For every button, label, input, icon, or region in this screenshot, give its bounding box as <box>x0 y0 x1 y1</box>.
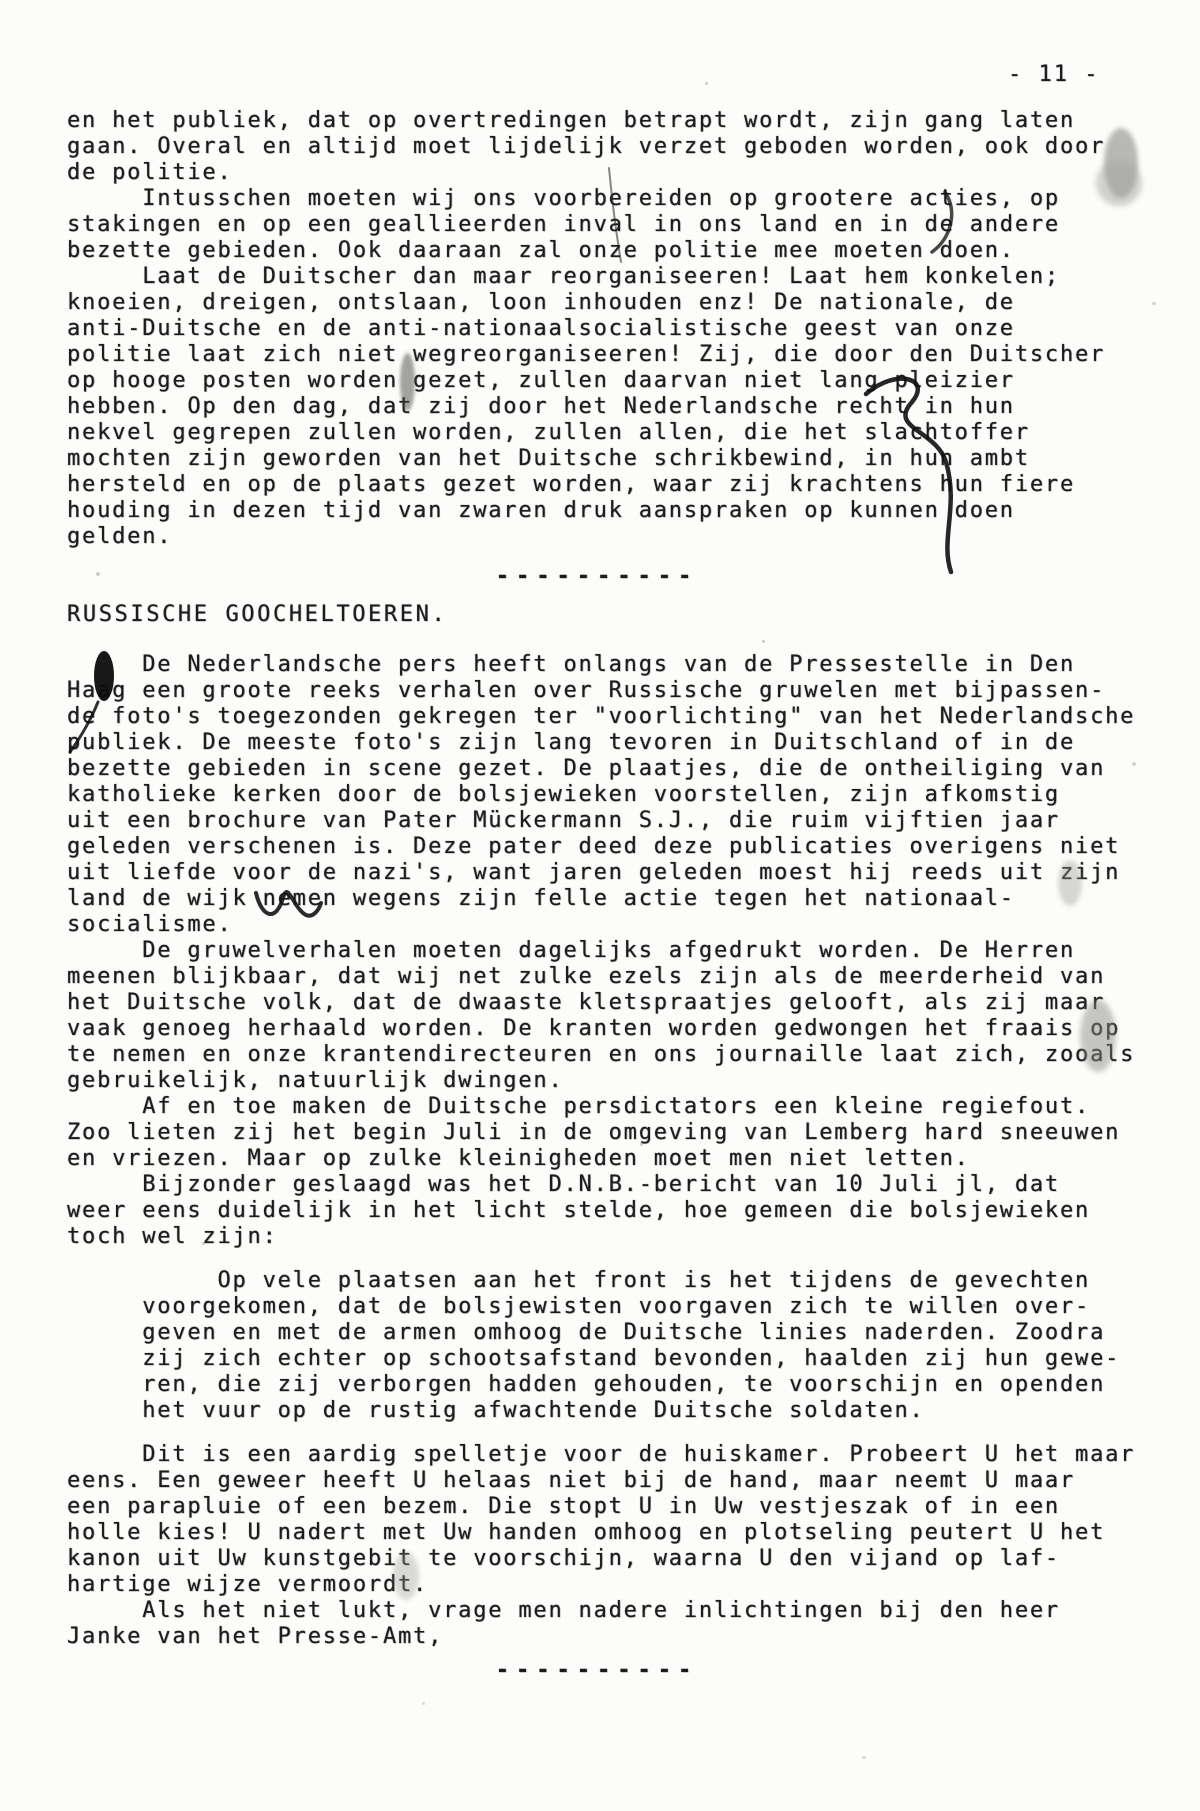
text-line: socialisme. <box>67 912 1167 938</box>
text-line: op hooge posten worden gezet, zullen daa… <box>67 368 1167 394</box>
paragraph: De gruwelverhalen moeten dagelijks afged… <box>67 938 1167 1094</box>
text-line: knoeien, dreigen, ontslaan, loon inhoude… <box>67 290 1167 316</box>
page-number: - 11 - <box>1008 62 1099 87</box>
text-line: weer eens duidelijk in het licht stelde,… <box>67 1198 1167 1224</box>
section-separator: ---------- <box>67 1658 1127 1684</box>
ink-speck <box>422 1702 425 1705</box>
text-line: de politie. <box>67 160 1167 186</box>
text-line: Haag een groote reeks verhalen over Russ… <box>67 678 1167 704</box>
paragraph: De Nederlandsche pers heeft onlangs van … <box>67 652 1167 938</box>
text-line: bezette gebieden in scene gezet. De plaa… <box>67 756 1167 782</box>
text-line: een parapluie of een bezem. Die stopt U … <box>67 1494 1167 1520</box>
paragraph: Laat de Duitscher dan maar reorganiseere… <box>67 264 1167 550</box>
text-line: voorgekomen, dat de bolsjewisten voorgav… <box>67 1294 1167 1320</box>
text-line: de foto's toegezonden gekregen ter "voor… <box>67 704 1167 730</box>
text-line: het vuur op de rustig afwachtende Duitsc… <box>67 1398 1167 1424</box>
text-line: eens. Een geweer heeft U helaas niet bij… <box>67 1468 1167 1494</box>
page: - 11 - en het publiek, dat op overtredin… <box>0 0 1200 1811</box>
text-line: Janke van het Presse-Amt, <box>67 1624 1167 1650</box>
text-line: gaan. Overal en altijd moet lijdelijk ve… <box>67 134 1167 160</box>
text-line: hartige wijze vermoordt. <box>67 1572 1167 1598</box>
text-line: uit liefde voor de nazi's, want jaren ge… <box>67 860 1167 886</box>
paragraph: Af en toe maken de Duitsche persdictator… <box>67 1094 1167 1172</box>
paragraph: Als het niet lukt, vrage men nadere inli… <box>67 1598 1167 1650</box>
text-line: holle kies! U nadert met Uw handen omhoo… <box>67 1520 1167 1546</box>
ink-speck <box>705 82 708 85</box>
text-line: het Duitsche volk, dat de dwaaste kletsp… <box>67 990 1167 1016</box>
text-line: Dit is een aardig spelletje voor de huis… <box>67 1442 1167 1468</box>
text-line: geleden verschenen is. Deze pater deed d… <box>67 834 1167 860</box>
text-line: hebben. Op den dag, dat zij door het Ned… <box>67 394 1167 420</box>
text-line: zij zich echter op schootsafstand bevond… <box>67 1346 1167 1372</box>
paragraph: Dit is een aardig spelletje voor de huis… <box>67 1442 1167 1598</box>
section-separator: ---------- <box>67 564 1127 590</box>
text-line: hersteld en op de plaats gezet worden, w… <box>67 472 1167 498</box>
text-line: Zoo lieten zij het begin Juli in de omge… <box>67 1120 1167 1146</box>
text-line: gelden. <box>67 524 1167 550</box>
document-body: en het publiek, dat op overtredingen bet… <box>67 108 1167 1696</box>
text-line: De Nederlandsche pers heeft onlangs van … <box>67 652 1167 678</box>
text-line: houding in dezen tijd van zwaren druk aa… <box>67 498 1167 524</box>
text-line: stakingen en op een geallieerden inval i… <box>67 212 1167 238</box>
text-line: mochten zijn geworden van het Duitsche s… <box>67 446 1167 472</box>
text-line: nekvel gegrepen zullen worden, zullen al… <box>67 420 1167 446</box>
text-line: De gruwelverhalen moeten dagelijks afged… <box>67 938 1167 964</box>
paragraph: Bijzonder geslaagd was het D.N.B.-berich… <box>67 1172 1167 1250</box>
ink-speck <box>862 1756 866 1759</box>
text-line: land de wijk nemen wegens zijn felle act… <box>67 886 1167 912</box>
text-line: gebruikelijk, natuurlijk dwingen. <box>67 1068 1167 1094</box>
text-line: bezette gebieden. Ook daaraan zal onze p… <box>67 238 1167 264</box>
section-heading: RUSSISCHE GOOCHELTOEREN. <box>67 602 1167 628</box>
text-line: Laat de Duitscher dan maar reorganiseere… <box>67 264 1167 290</box>
text-line: vaak genoeg herhaald worden. De kranten … <box>67 1016 1167 1042</box>
text-line: Als het niet lukt, vrage men nadere inli… <box>67 1598 1167 1624</box>
text-line: Bijzonder geslaagd was het D.N.B.-berich… <box>67 1172 1167 1198</box>
text-line: kanon uit Uw kunstgebit te voorschijn, w… <box>67 1546 1167 1572</box>
text-line: publiek. De meeste foto's zijn lang tevo… <box>67 730 1167 756</box>
text-line: ren, die zij verborgen hadden gehouden, … <box>67 1372 1167 1398</box>
text-line: en het publiek, dat op overtredingen bet… <box>67 108 1167 134</box>
text-line: Af en toe maken de Duitsche persdictator… <box>67 1094 1167 1120</box>
text-line: en vriezen. Maar op zulke kleinigheden m… <box>67 1146 1167 1172</box>
text-line: Op vele plaatsen aan het front is het ti… <box>67 1268 1167 1294</box>
text-line: te nemen en onze krantendirecteuren en o… <box>67 1042 1167 1068</box>
text-line: Intusschen moeten wij ons voorbereiden o… <box>67 186 1167 212</box>
paragraph: Intusschen moeten wij ons voorbereiden o… <box>67 186 1167 264</box>
paragraph: en het publiek, dat op overtredingen bet… <box>67 108 1167 186</box>
text-line: meenen blijkbaar, dat wij net zulke ezel… <box>67 964 1167 990</box>
text-line: anti-Duitsche en de anti-nationaalsocial… <box>67 316 1167 342</box>
text-line: politie laat zich niet wegreorganiseeren… <box>67 342 1167 368</box>
quote-block: Op vele plaatsen aan het front is het ti… <box>67 1268 1167 1424</box>
text-line: toch wel zijn: <box>67 1224 1167 1250</box>
text-line: geven en met de armen omhoog de Duitsche… <box>67 1320 1167 1346</box>
text-line: uit een brochure van Pater Mückermann S.… <box>67 808 1167 834</box>
text-line: katholieke kerken door de bolsjewieken v… <box>67 782 1167 808</box>
